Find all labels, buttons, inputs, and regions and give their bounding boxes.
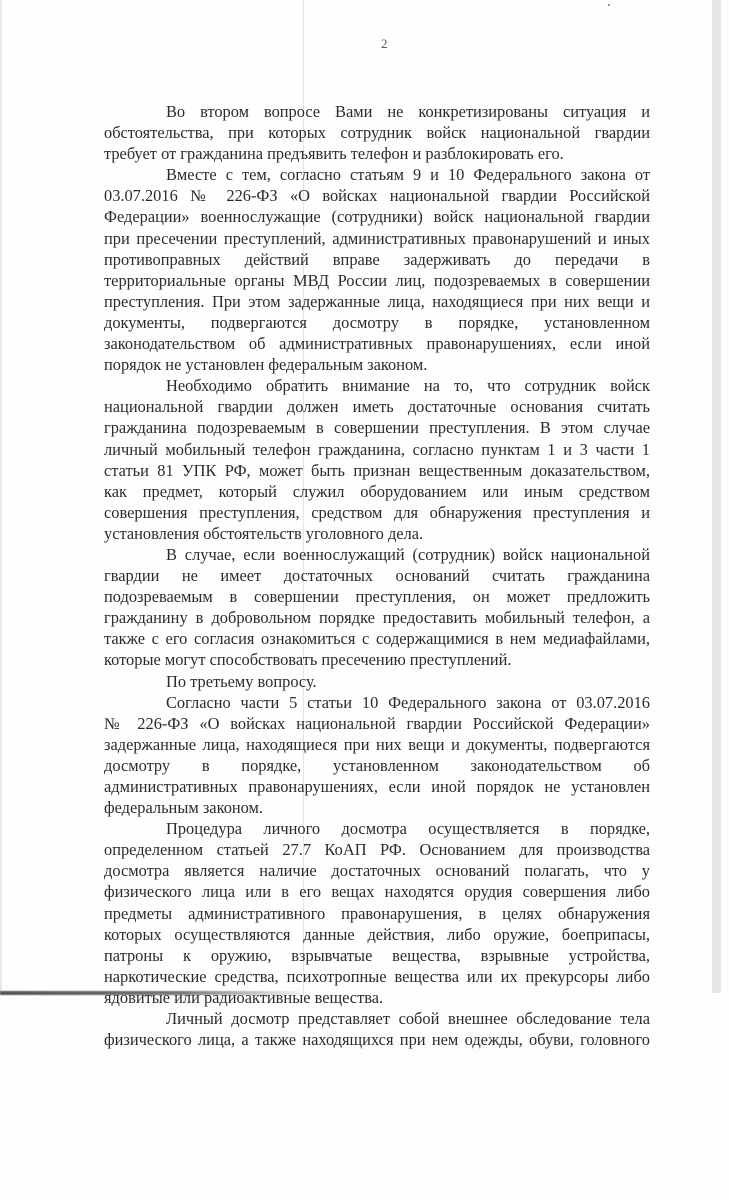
text-line: национальной гвардии должен иметь достат… <box>104 396 650 417</box>
text-line: Вместе с тем, согласно статьям 9 и 10 Фе… <box>104 164 650 185</box>
text-line: Согласно части 5 статьи 10 Федерального … <box>104 692 650 713</box>
text-line: при пресечении преступлений, администрат… <box>104 228 650 249</box>
text-line: документы, подвергаются досмотру в поряд… <box>104 312 650 333</box>
text-line: порядок не установлен федеральным законо… <box>104 354 650 375</box>
text-line: наркотические средства, психотропные вещ… <box>104 966 650 987</box>
paragraph: Вместе с тем, согласно статьям 9 и 10 Фе… <box>104 164 650 375</box>
text-line: территориальные органы МВД России лиц, п… <box>104 270 650 291</box>
text-line: также с его согласия ознакомиться с соде… <box>104 628 650 649</box>
text-line: гвардии не имеет достаточных оснований с… <box>104 565 650 586</box>
scan-speck <box>608 4 610 6</box>
text-line: преступления. При этом задержанные лица,… <box>104 291 650 312</box>
text-line: обстоятельства, при которых сотрудник во… <box>104 122 650 143</box>
text-line: гражданину в добровольном порядке предос… <box>104 607 650 628</box>
text-line: установления обстоятельств уголовного де… <box>104 523 650 544</box>
text-line: законодательством об административных пр… <box>104 333 650 354</box>
paragraph: Во втором вопросе Вами не конкретизирова… <box>104 101 650 164</box>
text-line: подозреваемым в совершении преступления,… <box>104 586 650 607</box>
text-line: Федерации» военнослужащие (сотрудники) в… <box>104 206 650 227</box>
scan-edge-strip <box>712 0 721 993</box>
text-line: физического лица, а также находящихся пр… <box>104 1029 650 1050</box>
text-line: Во втором вопросе Вами не конкретизирова… <box>104 101 650 122</box>
text-line: административных правонарушениях, если и… <box>104 776 650 797</box>
text-line: № 226-ФЗ «О войсках национальной гвардии… <box>104 713 650 734</box>
text-line: Личный досмотр представляет собой внешне… <box>104 1008 650 1029</box>
text-line: По третьему вопросу. <box>104 671 650 692</box>
text-line: 03.07.2016 № 226-ФЗ «О войсках националь… <box>104 185 650 206</box>
text-line: Необходимо обратить внимание на то, что … <box>104 375 650 396</box>
text-line: федеральным законом. <box>104 797 650 818</box>
paragraph: Необходимо обратить внимание на то, что … <box>104 375 650 544</box>
text-line: В случае, если военнослужащий (сотрудник… <box>104 544 650 565</box>
text-line: досмотру в порядке, установленном законо… <box>104 755 650 776</box>
text-line: ядовитые или радиоактивные вещества. <box>104 987 650 1008</box>
text-line: статьи 81 УПК РФ, может быть признан вещ… <box>104 460 650 481</box>
text-line: досмотра является наличие достаточных ос… <box>104 860 650 881</box>
text-line: предметы административного правонарушени… <box>104 903 650 924</box>
paragraph: Согласно части 5 статьи 10 Федерального … <box>104 692 650 819</box>
paragraph: По третьему вопросу. <box>104 671 650 692</box>
page-number: 2 <box>381 36 388 52</box>
text-line: которые могут способствовать пресечению … <box>104 649 650 670</box>
text-line: гражданина подозреваемым в совершении пр… <box>104 417 650 438</box>
paragraph: Личный досмотр представляет собой внешне… <box>104 1008 650 1050</box>
text-line: определенном статьей 27.7 КоАП РФ. Основ… <box>104 839 650 860</box>
text-line: Процедура личного досмотра осуществляетс… <box>104 818 650 839</box>
text-line: требует от гражданина предъявить телефон… <box>104 143 650 164</box>
text-line: патроны к оружию, взрывчатые вещества, в… <box>104 945 650 966</box>
text-line: совершения преступления, средством для о… <box>104 502 650 523</box>
text-line: задержанные лица, находящиеся при них ве… <box>104 734 650 755</box>
text-line: личный мобильный телефон гражданина, сог… <box>104 439 650 460</box>
paragraph: В случае, если военнослужащий (сотрудник… <box>104 544 650 671</box>
text-line: которых осуществляются данные действия, … <box>104 924 650 945</box>
text-line: физического лица или в его вещах находят… <box>104 881 650 902</box>
text-line: противоправных действий вправе задержива… <box>104 249 650 270</box>
text-line: как предмет, который служил оборудование… <box>104 481 650 502</box>
document-body: Во втором вопросе Вами не конкретизирова… <box>104 101 650 1050</box>
paragraph: Процедура личного досмотра осуществляетс… <box>104 818 650 1008</box>
